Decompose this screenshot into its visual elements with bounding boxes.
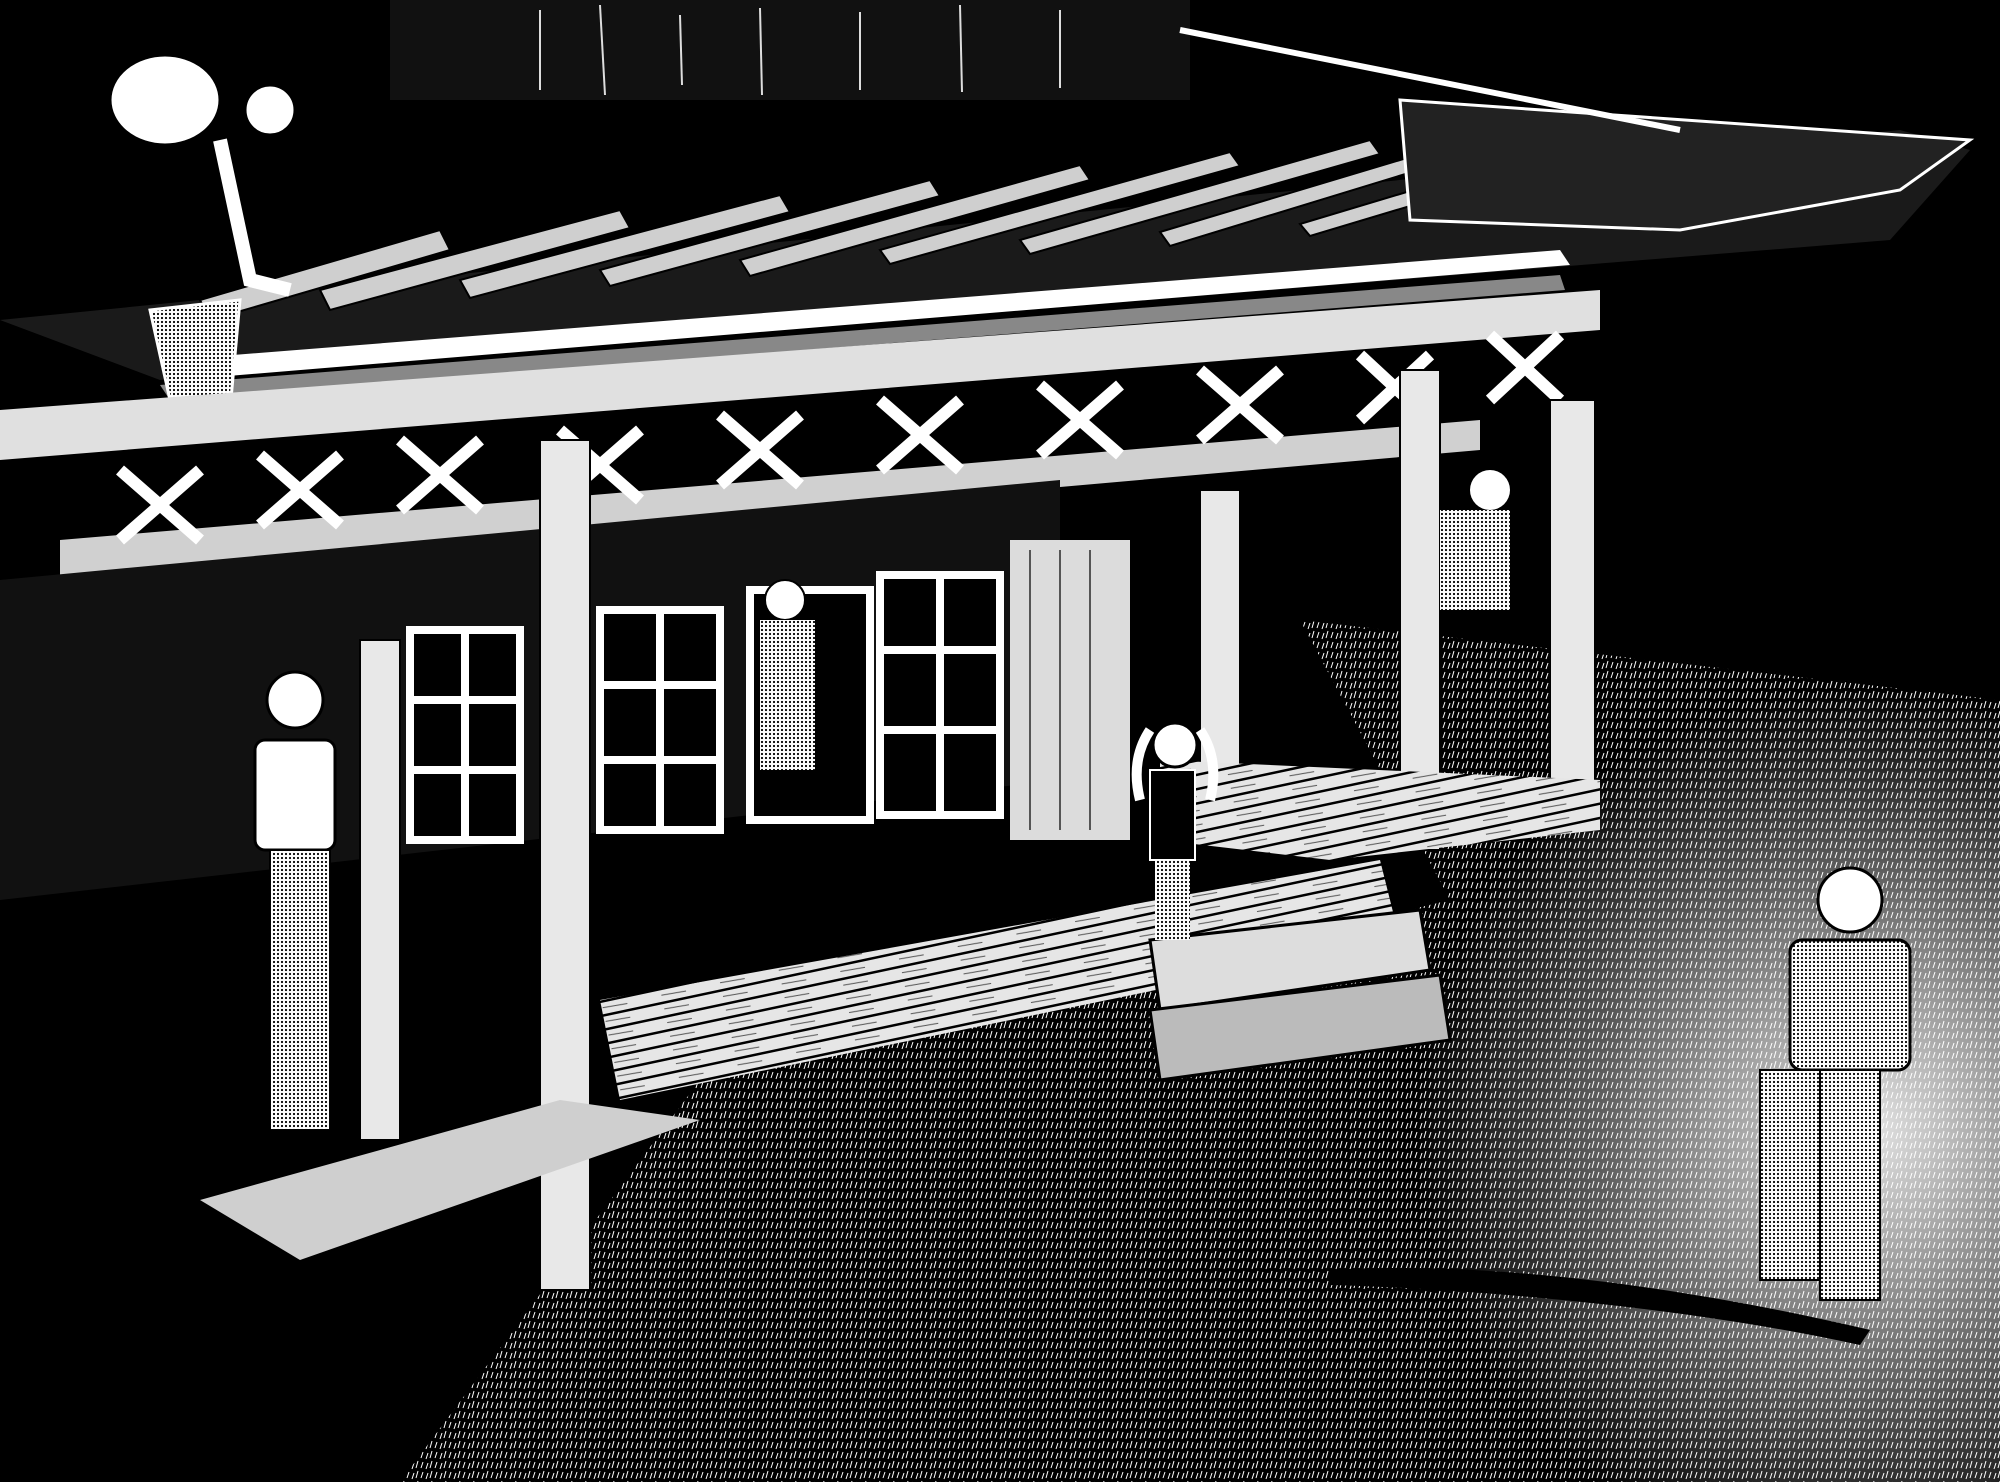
upper-wall bbox=[390, 0, 1190, 100]
manga-illustration bbox=[0, 0, 2000, 1482]
